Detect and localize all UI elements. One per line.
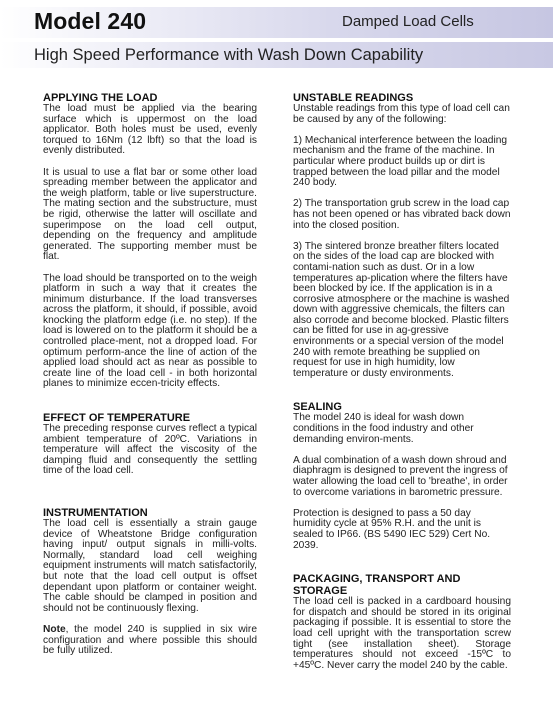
page-tagline: High Speed Performance with Wash Down Ca… <box>34 46 423 65</box>
section-applying-the-load: APPLYING THE LOAD The load must be appli… <box>43 92 257 390</box>
paragraph: The load must be applied via the bearing… <box>43 104 257 157</box>
section-unstable-readings: UNSTABLE READINGS Unstable readings from… <box>293 92 511 379</box>
note-paragraph: Note, the model 240 is supplied in six w… <box>43 625 257 657</box>
paragraph: A dual combination of a wash down shroud… <box>293 456 511 498</box>
list-item: 2) The transportation grub screw in the … <box>293 199 511 231</box>
paragraph: The load cell is essentially a strain ga… <box>43 519 257 614</box>
left-column: APPLYING THE LOAD The load must be appli… <box>43 92 257 667</box>
paragraph: The model 240 is ideal for wash down con… <box>293 413 511 445</box>
section-heading: PACKAGING, TRANSPORT AND STORAGE <box>293 573 511 597</box>
paragraph: Protection is designed to pass a 50 day … <box>293 509 511 551</box>
note-label: Note <box>43 624 66 635</box>
section-packaging-transport-storage: PACKAGING, TRANSPORT AND STORAGE The loa… <box>293 573 511 671</box>
paragraph: The preceding response curves reflect a … <box>43 424 257 477</box>
paragraph: Unstable readings from this type of load… <box>293 104 511 125</box>
right-column: UNSTABLE READINGS Unstable readings from… <box>293 92 511 682</box>
paragraph: The load cell is packed in a cardboard h… <box>293 597 511 671</box>
section-instrumentation: INSTRUMENTATION The load cell is essenti… <box>43 507 257 657</box>
paragraph: The load should be transported on to the… <box>43 274 257 391</box>
list-item: 3) The sintered bronze breather filters … <box>293 242 511 380</box>
page-title: Model 240 <box>34 8 146 35</box>
section-effect-of-temperature: EFFECT OF TEMPERATURE The preceding resp… <box>43 412 257 477</box>
section-sealing: SEALING The model 240 is ideal for wash … <box>293 401 511 551</box>
paragraph: It is usual to use a flat bar or some ot… <box>43 168 257 263</box>
list-item: 1) Mechanical interference between the l… <box>293 136 511 189</box>
note-text: , the model 240 is supplied in six wire … <box>43 624 257 656</box>
product-line: Damped Load Cells <box>342 13 474 30</box>
